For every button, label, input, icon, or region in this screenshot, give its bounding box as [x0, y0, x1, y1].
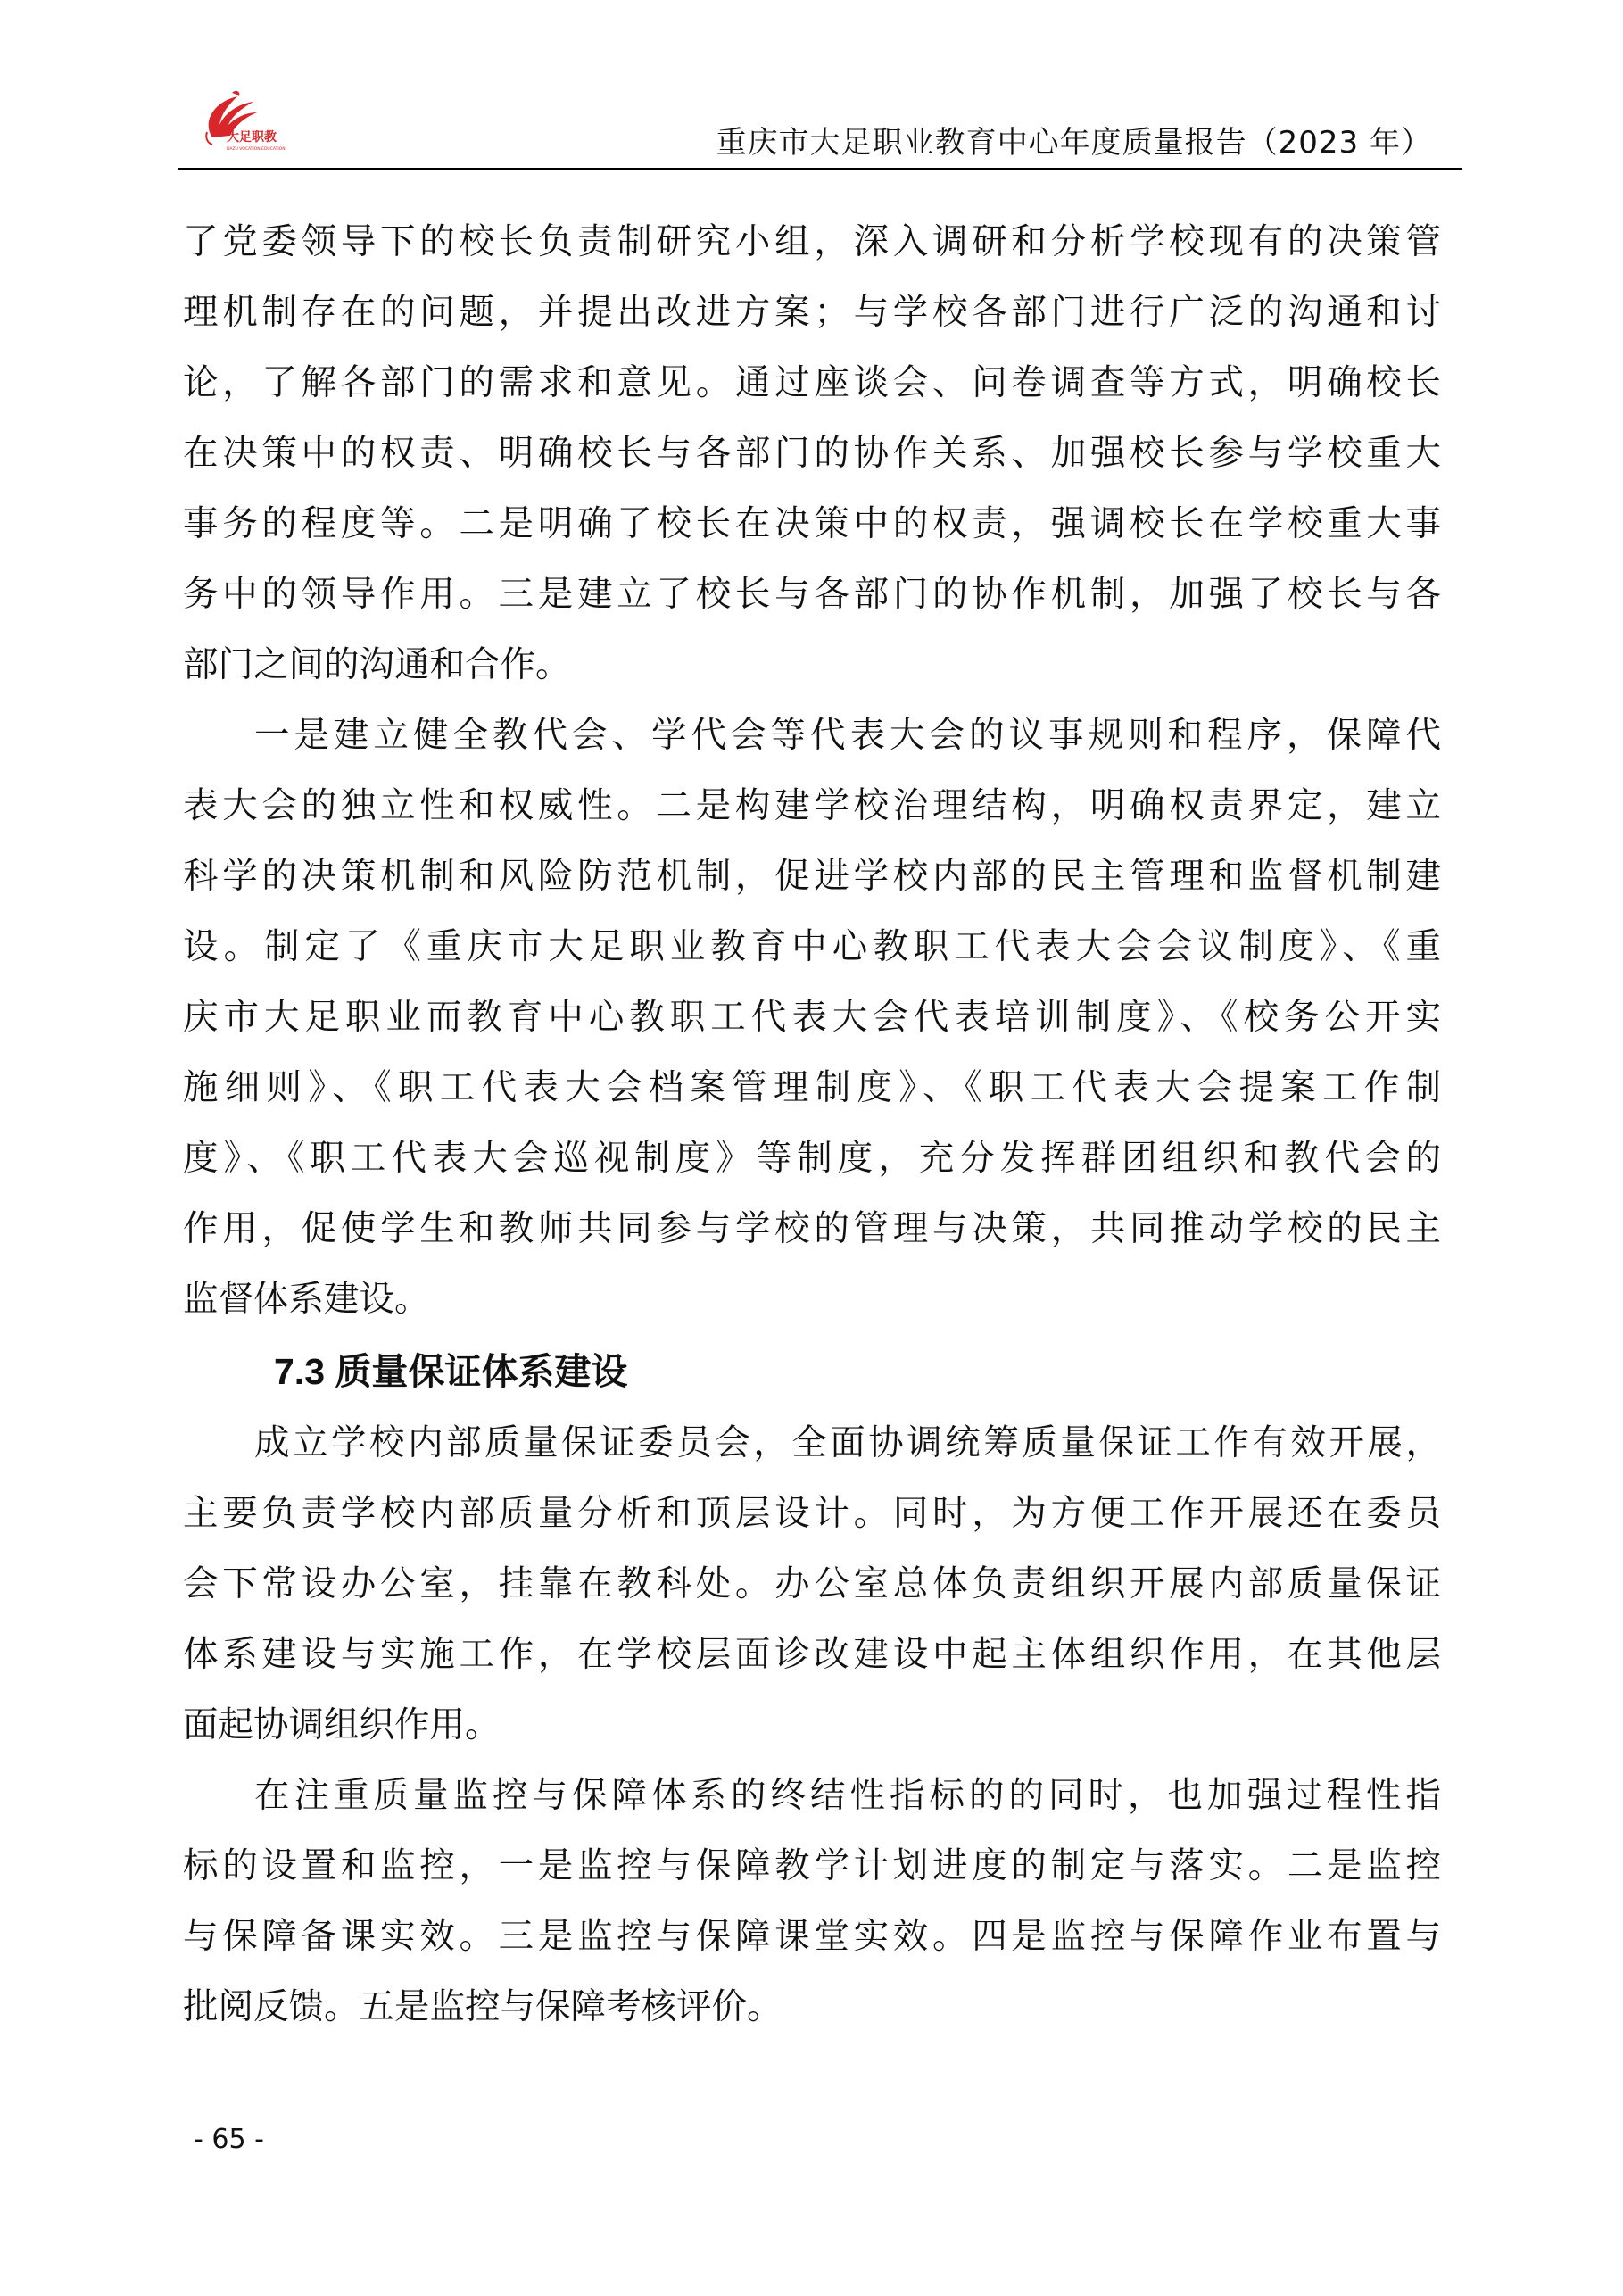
text-line: 主要负责学校内部质量分析和顶层设计。同时，为方便工作开展还在委员 — [183, 1479, 1441, 1549]
school-logo: 大足职教 DAZU VOCATION EDUCATION — [195, 86, 302, 157]
paragraph: 一是建立健全教代会、学代会等代表大会的议事规则和程序，保障代表大会的独立性和权威… — [183, 700, 1441, 1335]
text-line: 成立学校内部质量保证委员会，全面协调统筹质量保证工作有效开展， — [183, 1408, 1441, 1479]
text-line: 表大会的独立性和权威性。二是构建学校治理结构，明确权责界定，建立 — [183, 771, 1441, 841]
text-line: 庆市大足职业而教育中心教职工代表大会代表培训制度》、《校务公开实 — [183, 982, 1441, 1053]
text-line: 设。制定了《重庆市大足职业教育中心教职工代表大会会议制度》、《重 — [183, 912, 1441, 982]
text-line: 标的设置和监控，一是监控与保障教学计划进度的制定与落实。二是监控 — [183, 1831, 1441, 1902]
svg-text:DAZU VOCATION EDUCATION: DAZU VOCATION EDUCATION — [227, 146, 286, 152]
paragraph: 了党委领导下的校长负责制研究小组，深入调研和分析学校现有的决策管理机制存在的问题… — [183, 207, 1441, 700]
text-line: 一是建立健全教代会、学代会等代表大会的议事规则和程序，保障代 — [183, 700, 1441, 771]
text-line: 部门之间的沟通和合作。 — [183, 630, 1441, 700]
header-divider — [178, 168, 1462, 170]
paragraphs-before-heading: 了党委领导下的校长负责制研究小组，深入调研和分析学校现有的决策管理机制存在的问题… — [183, 207, 1441, 1335]
paragraph: 在注重质量监控与保障体系的终结性指标的的同时，也加强过程性指标的设置和监控，一是… — [183, 1761, 1441, 2043]
paragraph: 成立学校内部质量保证委员会，全面协调统筹质量保证工作有效开展，主要负责学校内部质… — [183, 1408, 1441, 1761]
text-line: 了党委领导下的校长负责制研究小组，深入调研和分析学校现有的决策管 — [183, 207, 1441, 278]
text-line: 施细则》、《职工代表大会档案管理制度》、《职工代表大会提案工作制 — [183, 1053, 1441, 1123]
text-line: 在决策中的权责、明确校长与各部门的协作关系、加强校长参与学校重大 — [183, 419, 1441, 489]
text-line: 理机制存在的问题，并提出改进方案；与学校各部门进行广泛的沟通和讨 — [183, 278, 1441, 348]
text-line: 批阅反馈。五是监控与保障考核评价。 — [183, 1972, 1441, 2043]
report-header-title: 重庆市大足职业教育中心年度质量报告（2023 年） — [716, 125, 1432, 161]
text-line: 在注重质量监控与保障体系的终结性指标的的同时，也加强过程性指 — [183, 1761, 1441, 1831]
document-body: 了党委领导下的校长负责制研究小组，深入调研和分析学校现有的决策管理机制存在的问题… — [183, 207, 1441, 2043]
text-line: 事务的程度等。二是明确了校长在决策中的权责，强调校长在学校重大事 — [183, 489, 1441, 559]
section-heading: 7.3 质量保证体系建设 — [183, 1335, 1441, 1408]
text-line: 科学的决策机制和风险防范机制，促进学校内部的民主管理和监督机制建 — [183, 841, 1441, 912]
text-line: 作用，促使学生和教师共同参与学校的管理与决策，共同推动学校的民主 — [183, 1194, 1441, 1264]
text-line: 监督体系建设。 — [183, 1264, 1441, 1335]
svg-text:大足职教: 大足职教 — [227, 129, 277, 145]
section-paragraphs: 成立学校内部质量保证委员会，全面协调统筹质量保证工作有效开展，主要负责学校内部质… — [183, 1408, 1441, 2043]
phoenix-logo-icon: 大足职教 DAZU VOCATION EDUCATION — [195, 86, 302, 157]
text-line: 论，了解各部门的需求和意见。通过座谈会、问卷调查等方式，明确校长 — [183, 348, 1441, 419]
text-line: 度》、《职工代表大会巡视制度》等制度，充分发挥群团组织和教代会的 — [183, 1123, 1441, 1194]
text-line: 务中的领导作用。三是建立了校长与各部门的协作机制，加强了校长与各 — [183, 559, 1441, 630]
text-line: 面起协调组织作用。 — [183, 1690, 1441, 1761]
text-line: 与保障备课实效。三是监控与保障课堂实效。四是监控与保障作业布置与 — [183, 1902, 1441, 1972]
text-line: 体系建设与实施工作，在学校层面诊改建设中起主体组织作用，在其他层 — [183, 1620, 1441, 1690]
page-number: - 65 - — [194, 2124, 264, 2155]
text-line: 会下常设办公室，挂靠在教科处。办公室总体负责组织开展内部质量保证 — [183, 1549, 1441, 1620]
